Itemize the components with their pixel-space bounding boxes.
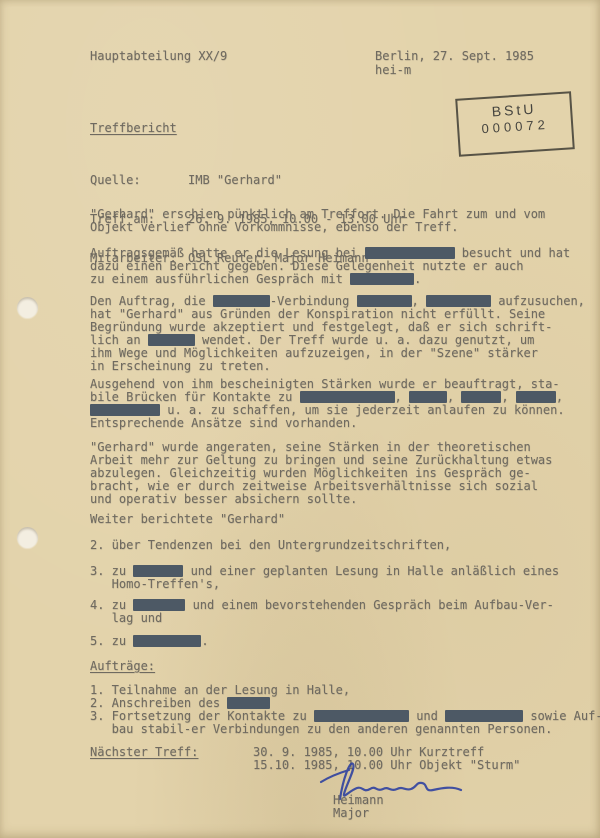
text-run: 5. zu [90, 634, 133, 648]
text-run: 3. zu [90, 564, 133, 578]
redaction-bar [365, 247, 455, 259]
redaction-bar [461, 391, 501, 403]
place-date-line: Berlin, 27. Sept. 1985 [375, 50, 534, 63]
redaction-bar [426, 295, 491, 307]
text-run: 2. Anschreiben des [90, 696, 227, 710]
redaction-bar [357, 295, 412, 307]
paragraph-lesung-bericht: Auftragsgemäß hatte er die Lesung bei be… [90, 247, 570, 286]
paragraph-empfehlungen: "Gerhard" wurde angeraten, seine Stärken… [90, 441, 552, 506]
text-run: Auftragsgemäß hatte er die Lesung bei [90, 246, 365, 260]
meta-value: IMB "Gerhard" [188, 173, 282, 187]
text-run: Den Auftrag, die [90, 294, 213, 308]
redaction-bar [314, 710, 409, 722]
redaction-bar [148, 334, 195, 346]
department-line: Hauptabteilung XX/9 [90, 50, 227, 63]
redaction-bar [409, 391, 447, 403]
redaction-bar [90, 404, 160, 416]
typist-reference: hei-m [375, 64, 411, 77]
redaction-bar [516, 391, 556, 403]
text-run: , [395, 390, 409, 404]
text-run: , [447, 390, 461, 404]
redaction-bar [227, 697, 270, 709]
text-run: , [501, 390, 515, 404]
meta-row-quelle: Quelle:IMB "Gerhard" [90, 174, 405, 187]
next-treff-label: Nächster Treff: [90, 746, 198, 759]
text-run: , [556, 390, 563, 404]
text-run: 4. zu [90, 598, 133, 612]
line-weiter-berichtete: Weiter berichtete "Gerhard" [90, 513, 285, 526]
redaction-bar [133, 565, 183, 577]
paragraph-kontakte-bruecken: Ausgehend von ihm bescheinigten Stärken … [90, 378, 565, 430]
redaction-bar [213, 295, 270, 307]
report-item-2: 2. über Tendenzen bei den Untergrundzeit… [90, 539, 451, 552]
text-run: u. a. zu schaffen, um sie jederzeit anla… [90, 403, 565, 430]
heading-auftraege: Aufträge: [90, 660, 155, 673]
text-run: -Verbindung [270, 294, 357, 308]
punch-hole-top [17, 297, 38, 318]
page-title: Treffbericht [90, 122, 177, 135]
paragraph-treff-verlauf: "Gerhard" erschien pünktlich am Treffort… [90, 208, 545, 234]
next-treff-schedule: 30. 9. 1985, 10.00 Uhr Kurztreff 15.10. … [253, 746, 520, 772]
redaction-bar [300, 391, 395, 403]
paragraph-auftrag-verbindung: Den Auftrag, die -Verbindung , aufzusuch… [90, 295, 585, 373]
redaction-bar [133, 635, 201, 647]
report-item-3: 3. zu und einer geplanten Lesung in Hall… [90, 565, 559, 591]
text-run: . [201, 634, 208, 648]
redaction-bar [445, 710, 523, 722]
meta-label: Quelle: [90, 174, 188, 187]
text-run: . [414, 272, 421, 286]
redaction-bar [350, 273, 414, 285]
scanned-document-page: Hauptabteilung XX/9 Berlin, 27. Sept. 19… [0, 0, 600, 838]
text-run: und [409, 709, 445, 723]
report-item-5: 5. zu . [90, 635, 209, 648]
text-run: 3. Fortsetzung der Kontakte zu [90, 709, 314, 723]
signature-rank-typed: Major [333, 807, 369, 820]
punch-hole-bottom [17, 527, 38, 548]
task-item-3: 3. Fortsetzung der Kontakte zu und sowie… [90, 710, 600, 736]
report-item-4: 4. zu und einem bevorstehenden Gespräch … [90, 599, 554, 625]
redaction-bar [133, 599, 185, 611]
text-run: , [412, 294, 426, 308]
bstu-stamp: BStU 000072 [455, 91, 575, 157]
